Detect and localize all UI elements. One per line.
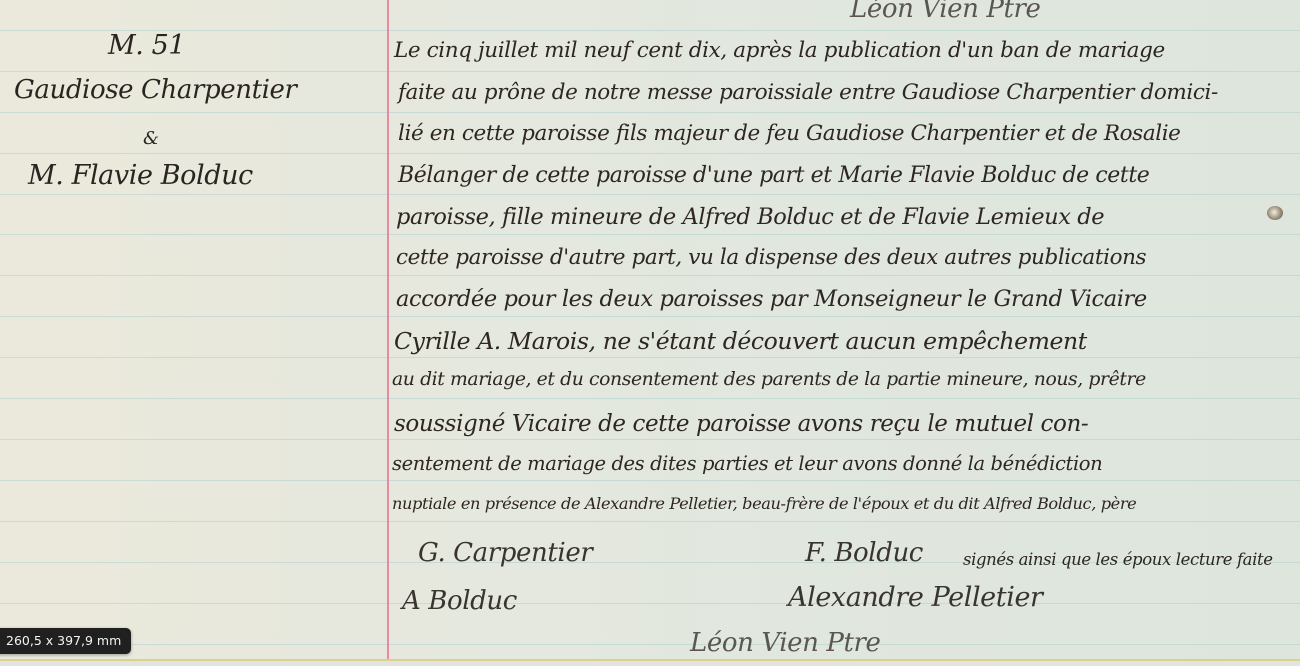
- record-line-2: faite au prône de notre messe paroissial…: [398, 80, 1218, 105]
- record-line-8: Cyrille A. Marois, ne s'étant découvert …: [394, 327, 1087, 355]
- record-line-12: nuptiale en présence de Alexandre Pellet…: [392, 494, 1136, 513]
- ruled-line: [0, 480, 1300, 481]
- ruled-line: [0, 71, 1300, 72]
- ruled-line: [0, 194, 1300, 195]
- ruled-line: [0, 234, 1300, 235]
- father-signature: A Bolduc: [402, 586, 517, 616]
- bottom-priest-signature: Léon Vien Ptre: [690, 628, 881, 658]
- document-viewer[interactable]: M. 51 Gaudiose Charpentier & M. Flavie B…: [0, 0, 1300, 666]
- record-line-1: Le cinq juillet mil neuf cent dix, après…: [394, 38, 1165, 63]
- record-number: M. 51: [108, 30, 185, 61]
- record-line-6: cette paroisse d'autre part, vu la dispe…: [396, 245, 1146, 270]
- record-line-7: accordée pour les deux paroisses par Mon…: [396, 286, 1147, 312]
- ruled-line: [0, 521, 1300, 522]
- groom-signature: G. Carpentier: [418, 538, 592, 568]
- ink-blot: [1267, 206, 1283, 220]
- ruled-line: [0, 357, 1300, 358]
- margin-bride-name: M. Flavie Bolduc: [28, 160, 253, 191]
- margin-groom-name: Gaudiose Charpentier: [14, 75, 297, 105]
- margin-ampersand: &: [143, 128, 159, 149]
- top-priest-signature: Léon Vien Ptre: [850, 0, 1041, 24]
- ruled-line: [0, 439, 1300, 440]
- record-line-10: soussigné Vicaire de cette paroisse avon…: [394, 411, 1088, 437]
- bride-signature: F. Bolduc: [805, 538, 923, 568]
- dimension-tooltip: 260,5 x 397,9 mm: [0, 628, 131, 654]
- closing-note: signés ainsi que les époux lecture faite: [963, 550, 1273, 569]
- witness-signature: Alexandre Pelletier: [788, 582, 1043, 613]
- record-line-9: au dit mariage, et du consentement des p…: [392, 369, 1146, 390]
- record-line-4: Bélanger de cette paroisse d'une part et…: [398, 163, 1149, 188]
- ruled-line: [0, 603, 1300, 604]
- viewer-background: [0, 661, 1300, 666]
- ruled-line: [0, 30, 1300, 31]
- ruled-line: [0, 112, 1300, 113]
- ruled-line: [0, 275, 1300, 276]
- record-line-5: paroisse, fille mineure de Alfred Bolduc…: [396, 204, 1104, 230]
- ruled-line: [0, 316, 1300, 317]
- red-margin-line: [387, 0, 389, 659]
- record-line-3: lié en cette paroisse fils majeur de feu…: [398, 121, 1181, 146]
- ruled-line: [0, 644, 1300, 645]
- record-line-11: sentement de mariage des dites parties e…: [392, 452, 1102, 475]
- scanned-register-page[interactable]: M. 51 Gaudiose Charpentier & M. Flavie B…: [0, 0, 1300, 659]
- ruled-line: [0, 398, 1300, 399]
- ruled-line: [0, 153, 1300, 154]
